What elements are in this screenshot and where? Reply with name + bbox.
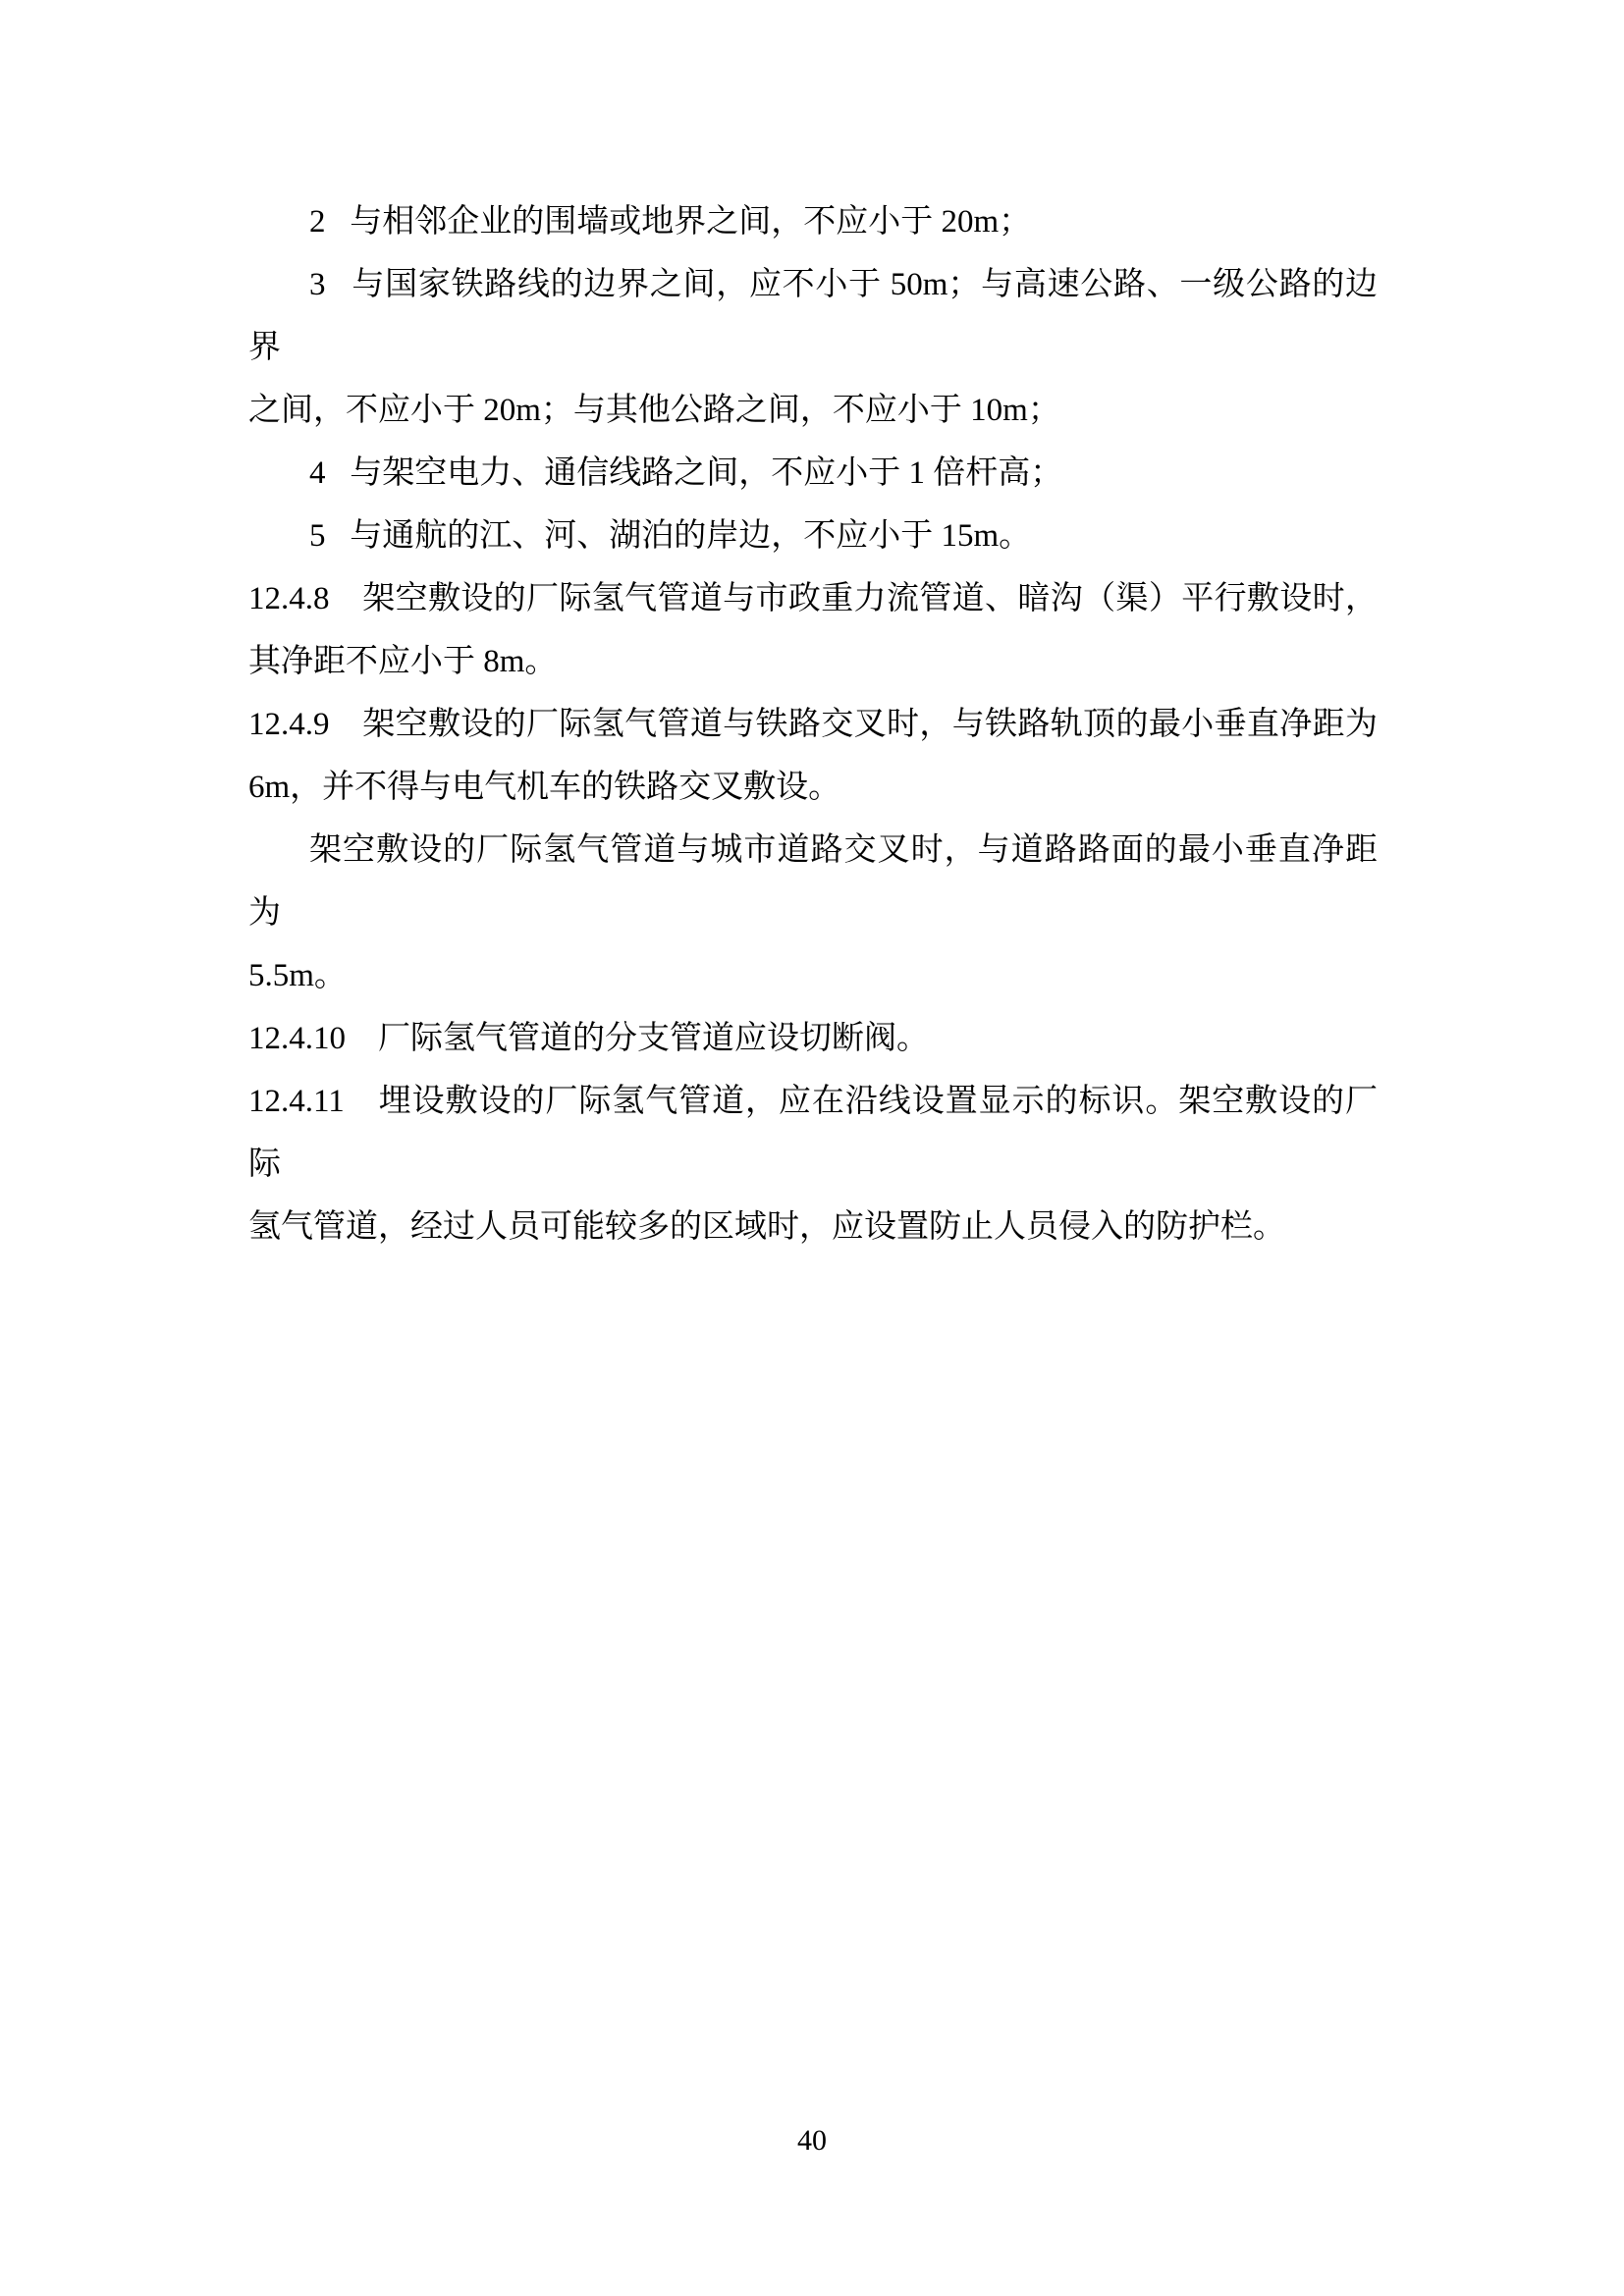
text-line: 12.4.8 架空敷设的厂际氢气管道与市政重力流管道、暗沟（渠）平行敷设时，: [248, 567, 1378, 630]
text-line: 12.4.10 厂际氢气管道的分支管道应设切断阀。: [248, 1007, 1378, 1070]
text-line: 架空敷设的厂际氢气管道与城市道路交叉时，与道路路面的最小垂直净距为: [248, 819, 1378, 944]
text-line: 氢气管道，经过人员可能较多的区域时，应设置防止人员侵入的防护栏。: [248, 1196, 1378, 1258]
text-line: 12.4.9 架空敷设的厂际氢气管道与铁路交叉时，与铁路轨顶的最小垂直净距为: [248, 693, 1378, 756]
text-line: 6m，并不得与电气机车的铁路交叉敷设。: [248, 756, 1378, 819]
page-footer: 40: [0, 2126, 1624, 2156]
text-line: 之间，不应小于 20m；与其他公路之间，不应小于 10m；: [248, 379, 1378, 442]
text-line: 5.5m。: [248, 944, 1378, 1007]
text-line: 其净距不应小于 8m。: [248, 630, 1378, 693]
document-page: 2 与相邻企业的围墙或地界之间，不应小于 20m；3 与国家铁路线的边界之间，应…: [0, 0, 1624, 2296]
document-body: 2 与相邻企业的围墙或地界之间，不应小于 20m；3 与国家铁路线的边界之间，应…: [248, 190, 1378, 1258]
text-line: 4 与架空电力、通信线路之间，不应小于 1 倍杆高；: [248, 442, 1378, 505]
page-number: 40: [797, 2124, 827, 2157]
text-line: 2 与相邻企业的围墙或地界之间，不应小于 20m；: [248, 190, 1378, 253]
text-line: 3 与国家铁路线的边界之间，应不小于 50m；与高速公路、一级公路的边界: [248, 253, 1378, 379]
text-line: 5 与通航的江、河、湖泊的岸边，不应小于 15m。: [248, 505, 1378, 567]
text-line: 12.4.11 埋设敷设的厂际氢气管道，应在沿线设置显示的标识。架空敷设的厂际: [248, 1070, 1378, 1196]
